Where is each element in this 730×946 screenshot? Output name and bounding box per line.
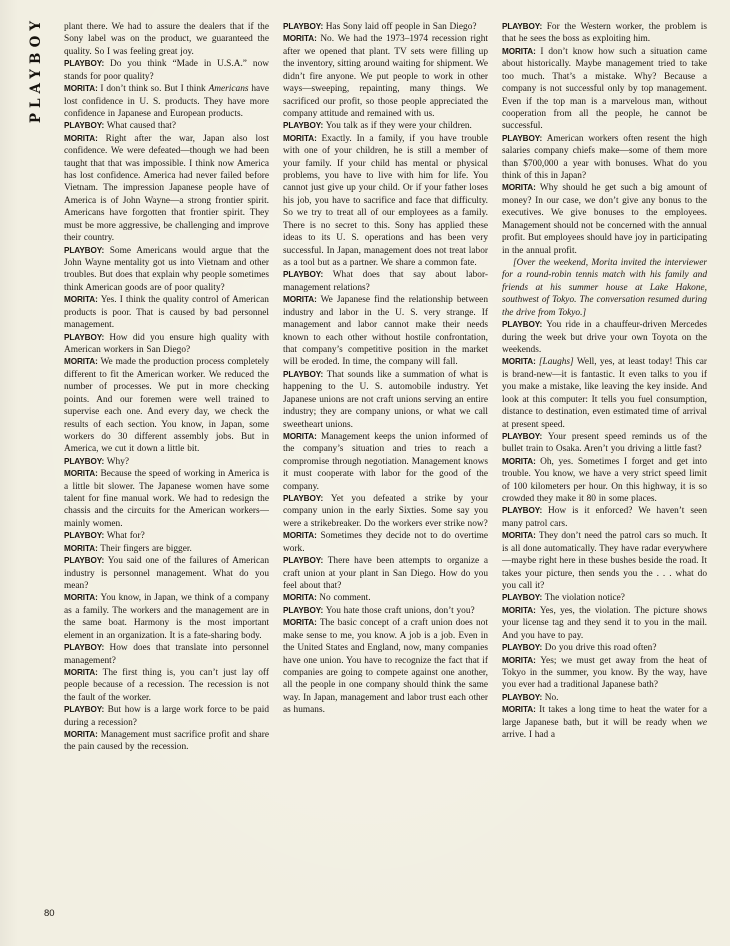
speaker-label: MORITA: [64,730,101,739]
speaker-label: MORITA: [502,606,540,615]
dialogue-paragraph: PLAYBOY: What caused that? [64,120,269,132]
speaker-label: PLAYBOY: [502,134,547,143]
speaker-label: PLAYBOY: [64,246,110,255]
dialogue-paragraph: MORITA: The basic concept of a craft uni… [283,617,488,716]
dialogue-paragraph: PLAYBOY: You ride in a chauffeur-driven … [502,319,707,356]
dialogue-paragraph: MORITA: Right after the war, Japan also … [64,133,269,245]
speaker-label: PLAYBOY: [502,693,545,702]
dialogue-paragraph: PLAYBOY: No. [502,692,707,704]
text-paragraph: [Over the weekend, Morita invited the in… [502,257,707,319]
dialogue-paragraph: PLAYBOY: How is it enforced? We haven’t … [502,505,707,530]
speaker-label: PLAYBOY: [64,333,109,342]
dialogue-paragraph: PLAYBOY: But how is a large work force t… [64,704,269,729]
speaker-label: PLAYBOY: [64,556,108,565]
dialogue-paragraph: MORITA: The first thing is, you can’t ju… [64,667,269,704]
speaker-label: PLAYBOY: [283,270,333,279]
dialogue-paragraph: MORITA: Yes; we must get away from the h… [502,655,707,692]
speaker-label: MORITA: [283,531,321,540]
speaker-label: MORITA: [283,295,321,304]
speaker-label: PLAYBOY: [64,643,110,652]
page-number: 80 [44,908,55,919]
dialogue-paragraph: MORITA: Exactly. In a family, if you hav… [283,133,488,270]
dialogue-paragraph: PLAYBOY: The violation notice? [502,592,707,604]
speaker-label: PLAYBOY: [64,531,107,540]
speaker-label: PLAYBOY: [502,643,545,652]
dialogue-paragraph: PLAYBOY: For the Western worker, the pro… [502,21,707,46]
article-body: plant there. We had to assure the dealer… [64,21,708,937]
speaker-label: MORITA: [502,705,539,714]
dialogue-paragraph: MORITA: No comment. [283,592,488,604]
speaker-label: MORITA: [502,357,539,366]
speaker-label: PLAYBOY: [502,506,548,515]
dialogue-paragraph: PLAYBOY: What does that say about labor-… [283,269,488,294]
speaker-label: MORITA: [502,656,540,665]
dialogue-paragraph: MORITA: Sometimes they decide not to do … [283,530,488,555]
dialogue-paragraph: MORITA: Oh, yes. Sometimes I forget and … [502,456,707,506]
dialogue-paragraph: PLAYBOY: Do you drive this road often? [502,642,707,654]
speaker-label: PLAYBOY: [64,457,107,466]
speaker-label: PLAYBOY: [283,494,331,503]
speaker-label: MORITA: [64,469,101,478]
dialogue-paragraph: PLAYBOY: There have been attempts to org… [283,555,488,592]
speaker-label: PLAYBOY: [64,121,107,130]
speaker-label: PLAYBOY: [502,593,545,602]
dialogue-paragraph: PLAYBOY: How did you ensure high quality… [64,332,269,357]
speaker-label: MORITA: [502,183,540,192]
dialogue-paragraph: MORITA: [Laughs] Well, yes, at least tod… [502,356,707,431]
speaker-label: PLAYBOY: [283,121,326,130]
dialogue-paragraph: MORITA: It takes a long time to heat the… [502,704,707,741]
text-column-middle: PLAYBOY: Has Sony laid off people in San… [283,21,488,937]
dialogue-paragraph: MORITA: Management must sacrifice profit… [64,729,269,754]
dialogue-paragraph: MORITA: I don’t know how such a situatio… [502,46,707,133]
dialogue-paragraph: PLAYBOY: Has Sony laid off people in San… [283,21,488,33]
speaker-label: PLAYBOY: [283,22,326,31]
dialogue-paragraph: MORITA: We made the production process c… [64,356,269,455]
dialogue-paragraph: MORITA: Yes. I think the quality control… [64,294,269,331]
speaker-label: MORITA: [64,544,100,553]
dialogue-paragraph: PLAYBOY: Do you think “Made in U.S.A.” n… [64,58,269,83]
speaker-label: MORITA: [283,432,321,441]
speaker-label: PLAYBOY: [502,320,546,329]
dialogue-paragraph: PLAYBOY: What for? [64,530,269,542]
dialogue-paragraph: PLAYBOY: American workers often resent t… [502,133,707,183]
dialogue-paragraph: MORITA: You know, in Japan, we think of … [64,592,269,642]
speaker-label: MORITA: [283,618,320,627]
text-column-left: plant there. We had to assure the dealer… [64,21,269,937]
dialogue-paragraph: MORITA: Management keeps the union infor… [283,431,488,493]
speaker-label: PLAYBOY: [64,59,110,68]
dialogue-paragraph: PLAYBOY: You talk as if they were your c… [283,120,488,132]
speaker-label: MORITA: [64,593,101,602]
speaker-label: PLAYBOY: [283,370,327,379]
dialogue-paragraph: MORITA: Yes, yes, the violation. The pic… [502,605,707,642]
playboy-spine-logo: PLAYBOY [28,16,44,123]
speaker-label: PLAYBOY: [502,22,547,31]
dialogue-paragraph: PLAYBOY: That sounds like a summation of… [283,369,488,431]
dialogue-paragraph: MORITA: They don’t need the patrol cars … [502,530,707,592]
text-column-right: PLAYBOY: For the Western worker, the pro… [502,21,707,937]
speaker-label: MORITA: [64,84,100,93]
speaker-label: MORITA: [502,457,540,466]
speaker-label: MORITA: [64,668,103,677]
dialogue-paragraph: PLAYBOY: How does that translate into pe… [64,642,269,667]
speaker-label: PLAYBOY: [502,432,548,441]
speaker-label: MORITA: [283,34,320,43]
speaker-label: MORITA: [502,531,539,540]
dialogue-paragraph: MORITA: No. We had the 1973–1974 recessi… [283,33,488,120]
speaker-label: MORITA: [64,357,100,366]
dialogue-paragraph: PLAYBOY: Some Americans would argue that… [64,245,269,295]
dialogue-paragraph: MORITA: I don’t think so. But I think Am… [64,83,269,120]
speaker-label: MORITA: [283,593,319,602]
dialogue-paragraph: PLAYBOY: Your present speed reminds us o… [502,431,707,456]
speaker-label: MORITA: [283,134,321,143]
dialogue-paragraph: PLAYBOY: Why? [64,456,269,468]
dialogue-paragraph: MORITA: Because the speed of working in … [64,468,269,530]
dialogue-paragraph: PLAYBOY: Yet you defeated a strike by yo… [283,493,488,530]
speaker-label: PLAYBOY: [64,705,108,714]
speaker-label: PLAYBOY: [283,556,328,565]
speaker-label: PLAYBOY: [283,606,326,615]
dialogue-paragraph: PLAYBOY: You hate those craft unions, do… [283,605,488,617]
speaker-label: MORITA: [64,134,106,143]
speaker-label: MORITA: [64,295,101,304]
dialogue-paragraph: MORITA: Their fingers are bigger. [64,543,269,555]
dialogue-paragraph: PLAYBOY: You said one of the failures of… [64,555,269,592]
speaker-label: MORITA: [502,47,540,56]
text-paragraph: plant there. We had to assure the dealer… [64,21,269,58]
dialogue-paragraph: MORITA: We Japanese find the relationshi… [283,294,488,369]
magazine-page: PLAYBOY 80 plant there. We had to assure… [0,0,730,946]
dialogue-paragraph: MORITA: Why should he get such a big amo… [502,182,707,257]
